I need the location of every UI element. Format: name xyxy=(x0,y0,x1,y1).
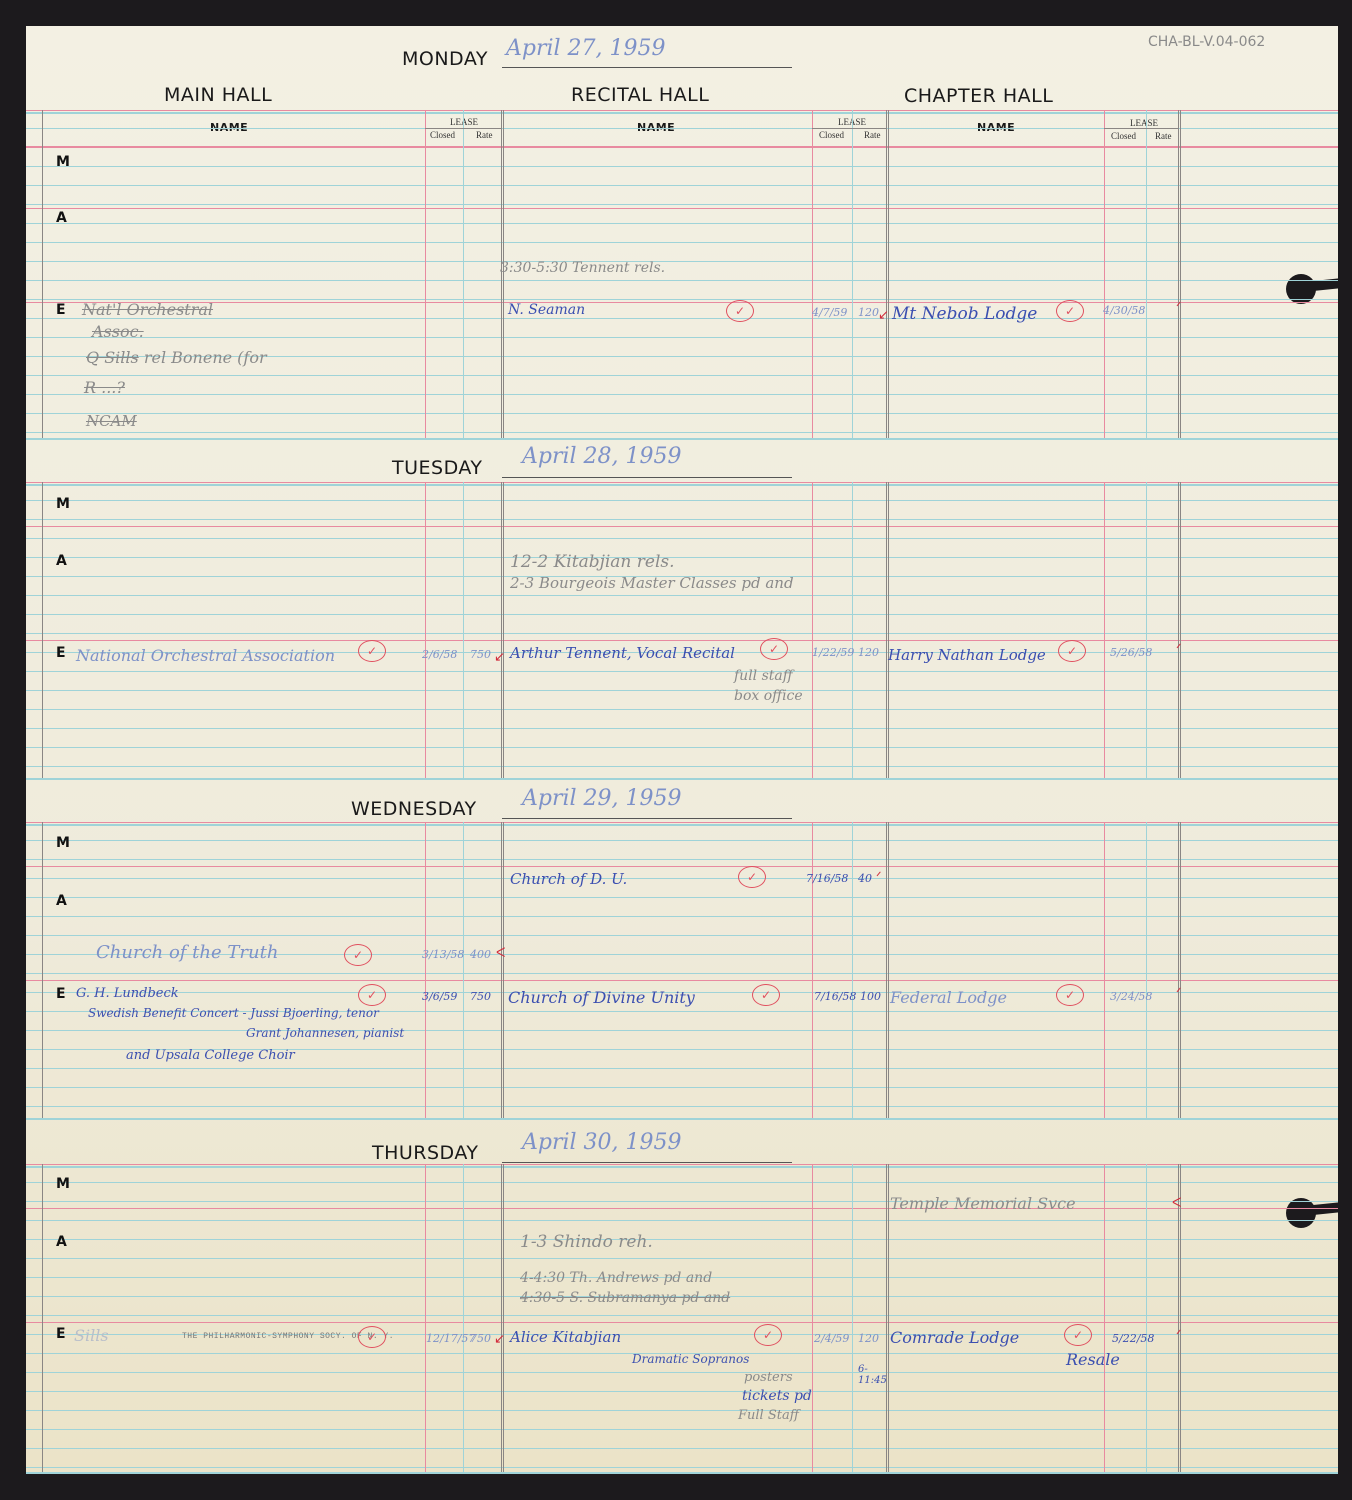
rule-line xyxy=(26,1201,1338,1202)
rule-line xyxy=(1104,128,1179,129)
rule-line xyxy=(26,1315,1338,1316)
rule-line xyxy=(26,1208,1338,1209)
closed-head-chapter: Closed xyxy=(1111,131,1136,141)
rule-line xyxy=(26,375,1338,376)
rule-line xyxy=(812,822,813,1118)
check-mark-icon: ✓ xyxy=(738,866,766,888)
hall-label-main: MAIN HALL xyxy=(164,84,272,106)
rule-line xyxy=(1178,110,1179,438)
rule-line xyxy=(26,110,1338,111)
rate-note: 6-11:45 xyxy=(858,1364,882,1386)
rule-line xyxy=(26,935,1338,936)
rule-line xyxy=(26,778,1338,780)
rule-line xyxy=(26,1391,1338,1392)
booking-note: and Upsala College Choir xyxy=(126,1048,295,1063)
rule-line xyxy=(1104,1164,1105,1472)
rule-line xyxy=(26,337,1338,338)
rule-line xyxy=(26,1372,1338,1373)
rule-line xyxy=(888,482,889,778)
red-tick-icon: ᐟ xyxy=(876,870,882,885)
check-mark-icon: ✓ xyxy=(754,1324,782,1346)
lease-rate: 120 xyxy=(858,646,879,659)
lease-closed: 5/22/58 xyxy=(1112,1332,1154,1345)
rule-line xyxy=(26,394,1338,395)
closed-head-main: Closed xyxy=(430,130,455,140)
rule-line xyxy=(26,614,1338,615)
booking-name: Arthur Tennent, Vocal Recital xyxy=(510,644,735,662)
day-label-tuesday: TUESDAY xyxy=(392,457,483,479)
main-note: rel Bonene (for xyxy=(144,348,267,367)
lease-closed: 1/22/59 xyxy=(812,646,854,659)
date-wednesday: April 29, 1959 xyxy=(522,786,682,811)
rule-line xyxy=(26,1429,1338,1430)
row-letter-a: A xyxy=(56,553,67,569)
rule-line xyxy=(26,208,1338,209)
recital-note-struck: 4:30-5 S. Subramanya pd and xyxy=(520,1290,730,1306)
lease-rate: 120 xyxy=(858,306,879,319)
lease-rate: 40 xyxy=(858,872,872,885)
lease-rate: 750 xyxy=(470,648,491,661)
lease-rate: 120 xyxy=(858,1332,879,1345)
rule-line xyxy=(26,747,1338,748)
recital-note: 12-2 Kitabjian rels. xyxy=(510,552,675,572)
main-note-struck: Assoc. xyxy=(92,322,144,341)
rule-line xyxy=(42,110,43,438)
rule-line xyxy=(26,302,1338,303)
rule-line xyxy=(1146,1164,1147,1472)
check-mark-icon: ✓ xyxy=(358,984,386,1006)
booking-name: Harry Nathan Lodge xyxy=(888,646,1046,664)
booking-name: National Orchestral Association xyxy=(76,646,335,665)
rule-line xyxy=(26,766,1338,767)
lease-closed: 2/6/58 xyxy=(422,648,457,661)
rule-line xyxy=(26,1182,1338,1183)
booking-note: Grant Johannesen, pianist xyxy=(246,1026,404,1040)
booking-note: Swedish Benefit Concert - Jussi Bjoerlin… xyxy=(88,1006,379,1020)
rule-line xyxy=(26,318,1338,319)
date-underline xyxy=(502,1162,792,1163)
booking-note: tickets pd xyxy=(742,1388,812,1404)
rule-line xyxy=(463,822,464,1118)
row-letter-m: M xyxy=(56,496,70,512)
lease-rate: 750 xyxy=(470,990,491,1003)
booking-name: Comrade Lodge xyxy=(890,1328,1019,1347)
rule-line xyxy=(503,482,504,778)
booking-name: Federal Lodge xyxy=(890,988,1007,1007)
rule-line xyxy=(26,866,1338,867)
rule-line xyxy=(26,916,1338,917)
day-label-wednesday: WEDNESDAY xyxy=(351,798,477,820)
rule-line xyxy=(26,973,1338,974)
rule-line xyxy=(26,1220,1338,1221)
lease-closed: 4/7/59 xyxy=(812,306,847,319)
rule-line xyxy=(852,822,853,1118)
main-note-struck: NCAM xyxy=(86,412,137,430)
rule-line xyxy=(1178,482,1179,778)
rule-line xyxy=(425,1164,426,1472)
rule-line xyxy=(463,482,464,778)
booking-name: Church of Divine Unity xyxy=(508,988,695,1007)
rule-line xyxy=(888,1164,889,1472)
row-letter-a: A xyxy=(56,893,67,909)
rule-line xyxy=(1146,482,1147,778)
rule-line xyxy=(886,110,887,438)
rule-line xyxy=(1104,822,1105,1118)
rule-line xyxy=(26,500,1338,501)
rule-line xyxy=(26,1087,1338,1088)
rule-line xyxy=(26,859,1338,860)
rule-line xyxy=(26,824,1338,826)
rule-line xyxy=(42,482,43,778)
rule-line xyxy=(888,822,889,1118)
red-tick-icon: ↙ xyxy=(494,1332,505,1347)
red-tick-icon: ᐟ xyxy=(1176,986,1182,1001)
rule-line xyxy=(26,261,1338,262)
recital-note: 4-4:30 Th. Andrews pd and xyxy=(520,1270,712,1286)
rule-line xyxy=(26,299,1338,300)
rule-line xyxy=(26,728,1338,729)
booking-note: posters xyxy=(744,1370,793,1385)
rule-line xyxy=(886,1164,887,1472)
date-underline xyxy=(502,67,792,68)
lease-closed: 7/16/58 xyxy=(814,990,856,1003)
rule-line xyxy=(886,822,887,1118)
rule-line xyxy=(1180,822,1181,1118)
rate-head-chapter: Rate xyxy=(1155,131,1172,141)
rule-line xyxy=(503,822,504,1118)
rule-line xyxy=(26,980,1338,981)
red-tick-icon: ᐟ xyxy=(1176,1328,1182,1343)
recital-note: box office xyxy=(734,688,803,704)
rule-line xyxy=(425,822,426,1118)
rule-line xyxy=(812,482,813,778)
date-thursday: April 30, 1959 xyxy=(522,1130,682,1155)
main-note-struck: Q Sills xyxy=(86,348,139,367)
reference-code: CHA-BL-V.04-062 xyxy=(1148,34,1265,50)
rule-line xyxy=(1180,482,1181,778)
date-monday: April 27, 1959 xyxy=(506,36,666,61)
row-letter-e: E xyxy=(56,645,66,661)
rule-line xyxy=(501,822,502,1118)
rule-line xyxy=(26,438,1338,440)
lease-closed: 2/4/59 xyxy=(814,1332,849,1345)
rule-line xyxy=(812,1164,813,1472)
rule-line xyxy=(26,242,1338,243)
rule-line xyxy=(26,1239,1338,1240)
row-letter-e: E xyxy=(56,302,66,318)
rule-line xyxy=(42,822,43,1118)
row-letter-a: A xyxy=(56,210,67,226)
chapter-note: Temple Memorial Svce xyxy=(890,1194,1076,1213)
rule-line xyxy=(26,185,1338,186)
recital-note: 2-3 Bourgeois Master Classes pd and xyxy=(510,574,794,592)
rate-head-main: Rate xyxy=(476,130,493,140)
date-tuesday: April 28, 1959 xyxy=(522,444,682,469)
rule-line xyxy=(1180,110,1181,438)
rule-line xyxy=(26,878,1338,879)
rule-line xyxy=(26,1448,1338,1449)
booking-name: Mt Nebob Lodge xyxy=(892,304,1037,324)
rule-line xyxy=(26,204,1338,205)
row-letter-m: M xyxy=(56,1176,70,1192)
red-tick-icon: ᐟ xyxy=(1176,642,1182,657)
rule-line xyxy=(26,557,1338,558)
lease-rate: 750 xyxy=(470,1332,491,1345)
main-note-struck: R ...? xyxy=(84,378,125,397)
recital-note: 1-3 Shindo reh. xyxy=(520,1232,653,1252)
check-mark-icon: ✓ xyxy=(1056,300,1084,322)
rule-line xyxy=(42,1164,43,1472)
rule-line xyxy=(425,110,426,438)
rule-line xyxy=(26,538,1338,539)
booking-note: Resale xyxy=(1066,1350,1120,1369)
day-label-thursday: THURSDAY xyxy=(372,1142,479,1164)
rule-line xyxy=(26,146,1338,148)
rule-line xyxy=(1178,822,1179,1118)
red-tick-icon: ᐸ xyxy=(1172,1196,1181,1211)
rule-line xyxy=(26,484,1338,486)
rule-line xyxy=(26,413,1338,414)
check-mark-icon: ✓ xyxy=(358,1326,386,1348)
lease-closed: 3/24/58 xyxy=(1110,990,1152,1003)
rule-line xyxy=(26,822,1338,823)
rule-line xyxy=(26,112,1338,114)
rule-line xyxy=(26,1410,1338,1411)
ledger-page: CHA-BL-V.04-062 MONDAY April 27, 1959 MA… xyxy=(26,26,1338,1472)
lease-closed: 3/13/58 xyxy=(422,948,464,961)
rule-line xyxy=(26,1258,1338,1259)
rule-line xyxy=(1104,110,1105,438)
rule-line xyxy=(852,1164,853,1472)
day-label-monday: MONDAY xyxy=(402,48,488,70)
recital-note: 3:30-5:30 Tennent rels. xyxy=(500,260,665,276)
lease-head-main: LEASE xyxy=(450,117,478,127)
check-mark-icon: ✓ xyxy=(1056,984,1084,1006)
rule-line xyxy=(26,223,1338,224)
red-tick-icon: ↙ xyxy=(878,308,889,323)
lease-closed: 4/30/58 xyxy=(1103,304,1145,317)
rule-line xyxy=(812,128,887,129)
lease-closed: 5/26/58 xyxy=(1110,646,1152,659)
rule-line xyxy=(26,280,1338,281)
rule-line xyxy=(26,519,1338,520)
row-letter-m: M xyxy=(56,835,70,851)
rule-line xyxy=(26,432,1338,433)
red-tick-icon: ↙ xyxy=(494,650,505,665)
booking-name: N. Seaman xyxy=(508,302,585,318)
rule-line xyxy=(26,482,1338,483)
rule-line xyxy=(26,1164,1338,1165)
row-letter-a: A xyxy=(56,1234,67,1250)
date-underline xyxy=(502,818,792,819)
rule-line xyxy=(26,897,1338,898)
rule-line xyxy=(26,595,1338,596)
booking-name: Alice Kitabjian xyxy=(510,1328,621,1346)
rule-line xyxy=(26,1322,1338,1323)
rule-line xyxy=(26,1166,1338,1168)
rule-line xyxy=(1104,482,1105,778)
rule-line xyxy=(26,1106,1338,1107)
check-mark-icon: ✓ xyxy=(1064,1324,1092,1346)
rule-line xyxy=(26,1467,1338,1468)
lease-rate: 100 xyxy=(860,990,881,1003)
rule-line xyxy=(26,671,1338,672)
rule-line xyxy=(503,1164,504,1472)
rule-line xyxy=(26,1068,1338,1069)
row-letter-e: E xyxy=(56,986,66,1002)
rule-line xyxy=(463,1164,464,1472)
rule-line xyxy=(1146,822,1147,1118)
closed-head-recital: Closed xyxy=(819,130,844,140)
booking-name: Sills xyxy=(74,1326,109,1345)
rule-line xyxy=(425,128,502,129)
check-mark-icon: ✓ xyxy=(760,638,788,660)
booking-name: G. H. Lundbeck xyxy=(76,986,179,1001)
rate-head-recital: Rate xyxy=(864,130,881,140)
lease-rate: 400 xyxy=(470,948,491,961)
booking-note: Full Staff xyxy=(738,1408,799,1423)
lease-head-chapter: LEASE xyxy=(1130,118,1158,128)
check-mark-icon: ✓ xyxy=(752,984,780,1006)
lease-closed: 12/17/57 xyxy=(426,1332,475,1345)
booking-note: Dramatic Sopranos xyxy=(632,1352,749,1366)
rule-line xyxy=(26,1472,1338,1474)
rule-line xyxy=(26,840,1338,841)
rule-line xyxy=(26,633,1338,634)
lease-closed: 7/16/58 xyxy=(806,872,848,885)
hall-label-chapter: CHAPTER HALL xyxy=(904,85,1053,107)
check-mark-icon: ✓ xyxy=(726,300,754,322)
red-tick-icon: ᐟ xyxy=(1176,300,1182,315)
rule-line xyxy=(1146,110,1147,438)
rule-line xyxy=(463,110,464,438)
rule-line xyxy=(812,110,813,438)
rule-line xyxy=(888,110,889,438)
date-underline xyxy=(502,477,792,478)
booking-name: Church of the Truth xyxy=(96,942,278,963)
rule-line xyxy=(852,482,853,778)
rule-line xyxy=(501,482,502,778)
rule-line xyxy=(26,709,1338,710)
red-tick-icon: ᐸ xyxy=(496,946,505,961)
rule-line xyxy=(26,526,1338,527)
rule-line xyxy=(26,640,1338,641)
main-note-struck: Nat'l Orchestral xyxy=(82,300,213,319)
rule-line xyxy=(26,1030,1338,1031)
lease-closed: 3/6/59 xyxy=(422,990,457,1003)
check-mark-icon: ✓ xyxy=(1058,640,1086,662)
row-letter-m: M xyxy=(56,154,70,170)
check-mark-icon: ✓ xyxy=(344,944,372,966)
binder-hole xyxy=(1286,1198,1316,1228)
rule-line xyxy=(886,482,887,778)
row-letter-e: E xyxy=(56,1326,66,1342)
hall-label-recital: RECITAL HALL xyxy=(571,84,709,106)
rule-line xyxy=(501,1164,502,1472)
check-mark-icon: ✓ xyxy=(358,640,386,662)
recital-note: full staff xyxy=(734,668,793,684)
rule-line xyxy=(852,110,853,438)
booking-name: Church of D. U. xyxy=(510,870,627,888)
rule-line xyxy=(425,482,426,778)
rule-line xyxy=(26,690,1338,691)
rule-line xyxy=(26,1118,1338,1120)
rule-line xyxy=(26,166,1338,167)
